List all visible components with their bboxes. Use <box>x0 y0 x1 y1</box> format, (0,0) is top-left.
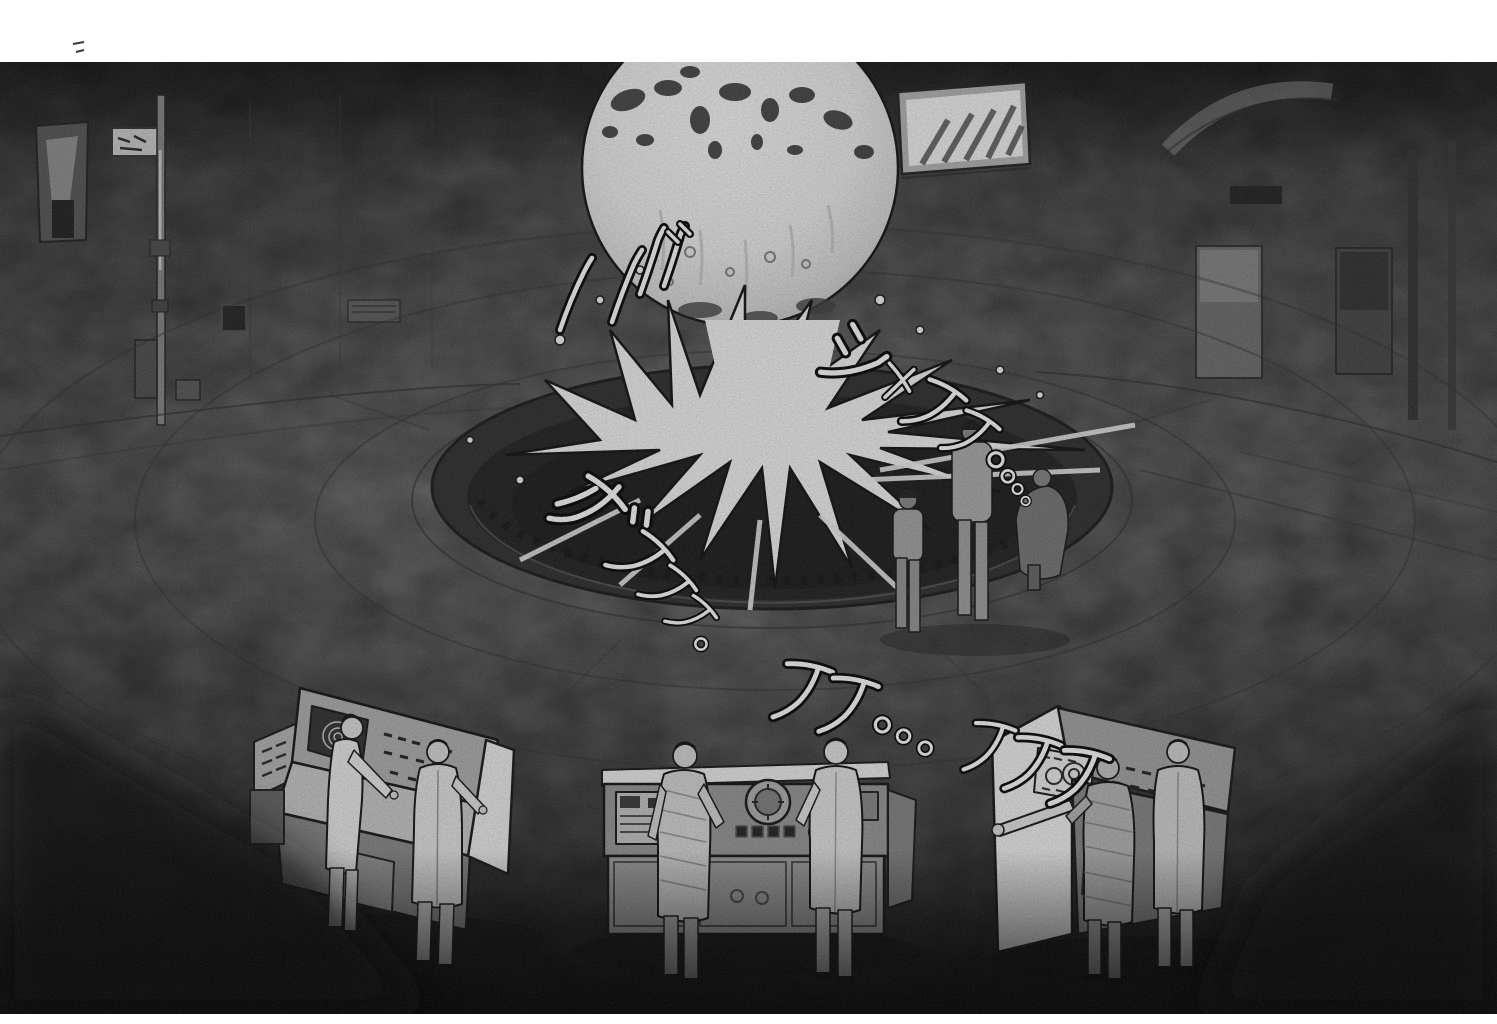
top-margin <box>0 0 1497 62</box>
manga-page: ババ シャアア 。。。。 ガァアア <box>0 0 1497 1024</box>
bottom-margin <box>0 1014 1497 1024</box>
print-specks <box>0 62 1497 1014</box>
artwork-panel: ババ シャアア 。。。。 ガァアア <box>0 10 1497 1014</box>
